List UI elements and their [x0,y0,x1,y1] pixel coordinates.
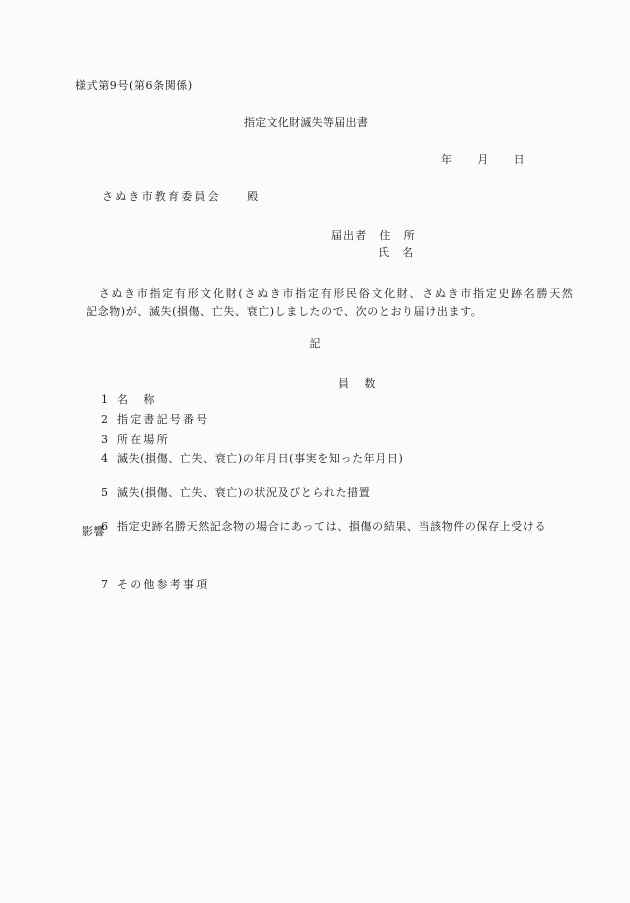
item-number: 5 [101,485,108,501]
notifier-address-line: 届出者 住 所 [331,228,416,244]
item-text: その他参考事項 [117,578,209,591]
item-text: 指定史跡名勝天然記念物の場合にあっては、損傷の結果、当該物件の保存上受ける [117,520,546,533]
form-number: 様式第9号(第6条関係) [75,78,193,94]
page-title: 指定文化財滅失等届出書 [0,115,612,131]
body-paragraph-line-1: さぬき市指定有形文化財(さぬき市指定有形民俗文化財、さぬき市指定史跡名勝天然 [86,286,575,302]
item-text: 滅失(損傷、亡失、衰亡)の年月日(事実を知った年月日) [117,452,403,465]
body-paragraph-line-2: 記念物)が、滅失(損傷、亡失、衰亡)しましたので、次のとおり届け出ます。 [86,304,482,320]
date-line: 年 月 日 [441,152,526,168]
addressee: さぬき市教育委員会 殿 [102,189,260,205]
list-item-6: 6指定史跡名勝天然記念物の場合にあっては、損傷の結果、当該物件の保存上受ける [87,503,546,551]
item-text: 滅失(損傷、亡失、衰亡)の状況及びとられた措置 [117,486,370,499]
item-extra-label: 員 数 [338,376,378,392]
document-page: 様式第9号(第6条関係) 指定文化財滅失等届出書 年 月 日 さぬき市教育委員会… [0,0,630,903]
notifier-name-line: 氏 名 [378,245,414,261]
item-number: 4 [101,451,108,467]
item-number: 7 [101,577,108,593]
list-item-6-continuation: 影響 [82,524,105,540]
list-item-7: 7その他参考事項 [87,561,209,609]
list-header: 記 [0,336,630,352]
